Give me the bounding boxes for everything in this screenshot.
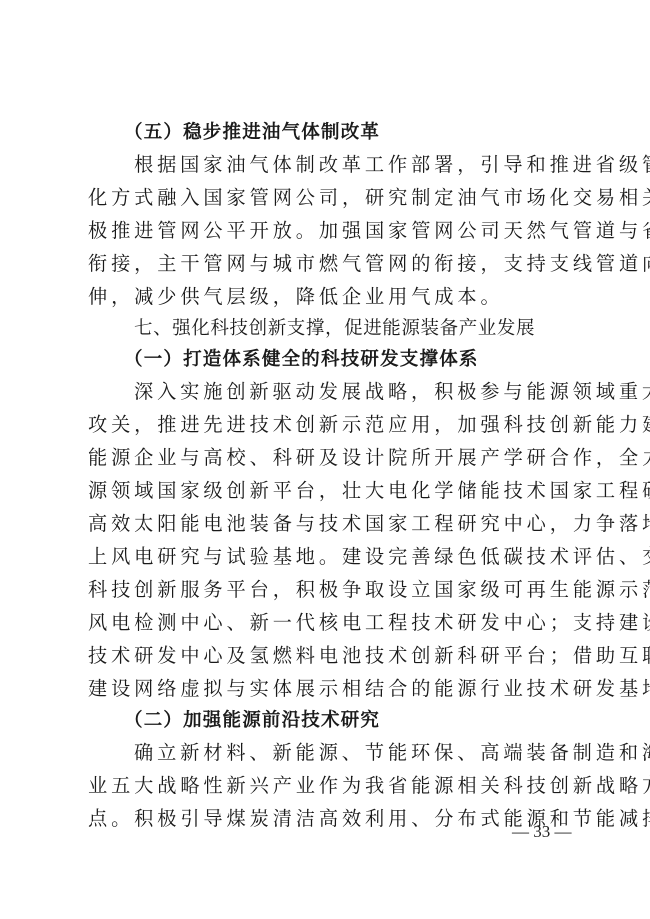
- paragraph-line: 上风电研究与试验基地。建设完善绿色低碳技术评估、交易体系和: [88, 540, 576, 573]
- paragraph-line: 高效太阳能电池装备与技术国家工程研究中心，力争落地国家级海: [88, 507, 576, 540]
- document-page: （五）稳步推进油气体制改革 根据国家油气体制改革工作部署，引导和推进省级管网以市…: [88, 117, 576, 835]
- paragraph-rd-system: 深入实施创新驱动发展战略，积极参与能源领域重大关键技术 攻关，推进先进技术创新示…: [88, 375, 576, 705]
- paragraph-line: 源领域国家级创新平台，壮大电化学储能技术国家工程研究中心、: [88, 474, 576, 507]
- paragraph-oil-gas-reform: 根据国家油气体制改革工作部署，引导和推进省级管网以市场 化方式融入国家管网公司，…: [88, 148, 576, 313]
- paragraph-line: 衔接，主干管网与城市燃气管网的衔接，支持支线管道向市场侧延: [88, 247, 576, 280]
- paragraph-line: 技术研发中心及氢燃料电池技术创新科研平台；借助互联网技术，: [88, 639, 576, 672]
- paragraph-line: 深入实施创新驱动发展战略，积极参与能源领域重大关键技术: [88, 375, 576, 408]
- paragraph-line: 科技创新服务平台，积极争取设立国家级可再生能源示范区、海上: [88, 573, 576, 606]
- paragraph-line: 伸，减少供气层级，降低企业用气成本。: [88, 280, 576, 313]
- paragraph-line: 确立新材料、新能源、节能环保、高端装备制造和海洋高新产: [88, 736, 576, 769]
- paragraph-line: 点。积极引导煤炭清洁高效利用、分布式能源和节能减排与污染控: [88, 802, 576, 835]
- paragraph-line: 根据国家油气体制改革工作部署，引导和推进省级管网以市场: [88, 148, 576, 181]
- paragraph-line: 能源企业与高校、科研及设计院所开展产学研合作，全力创建新能: [88, 441, 576, 474]
- paragraph-line: 风电检测中心、新一代核电工程技术研发中心；支持建设氢能工程: [88, 606, 576, 639]
- paragraph-frontier-tech: 确立新材料、新能源、节能环保、高端装备制造和海洋高新产 业五大战略性新兴产业作为…: [88, 736, 576, 835]
- paragraph-line: 化方式融入国家管网公司，研究制定油气市场化交易相关政策，积: [88, 181, 576, 214]
- paragraph-line: 极推进管网公平开放。加强国家管网公司天然气管道与省内管网的: [88, 214, 576, 247]
- page-number: — 33 —: [512, 822, 572, 842]
- subheading-rd-system: （一）打造体系健全的科技研发支撑体系: [88, 344, 576, 375]
- paragraph-line: 攻关，推进先进技术创新示范应用，加强科技创新能力建设。鼓励: [88, 408, 576, 441]
- paragraph-line: 业五大战略性新兴产业作为我省能源相关科技创新战略方向与重: [88, 769, 576, 802]
- paragraph-line: 建设网络虚拟与实体展示相结合的能源行业技术研发基地。: [88, 672, 576, 705]
- subheading-frontier-tech: （二）加强能源前沿技术研究: [88, 705, 576, 736]
- section-heading-tech-innovation: 七、强化科技创新支撑，促进能源装备产业发展: [88, 313, 576, 344]
- subheading-reform-oil-gas: （五）稳步推进油气体制改革: [88, 117, 576, 148]
